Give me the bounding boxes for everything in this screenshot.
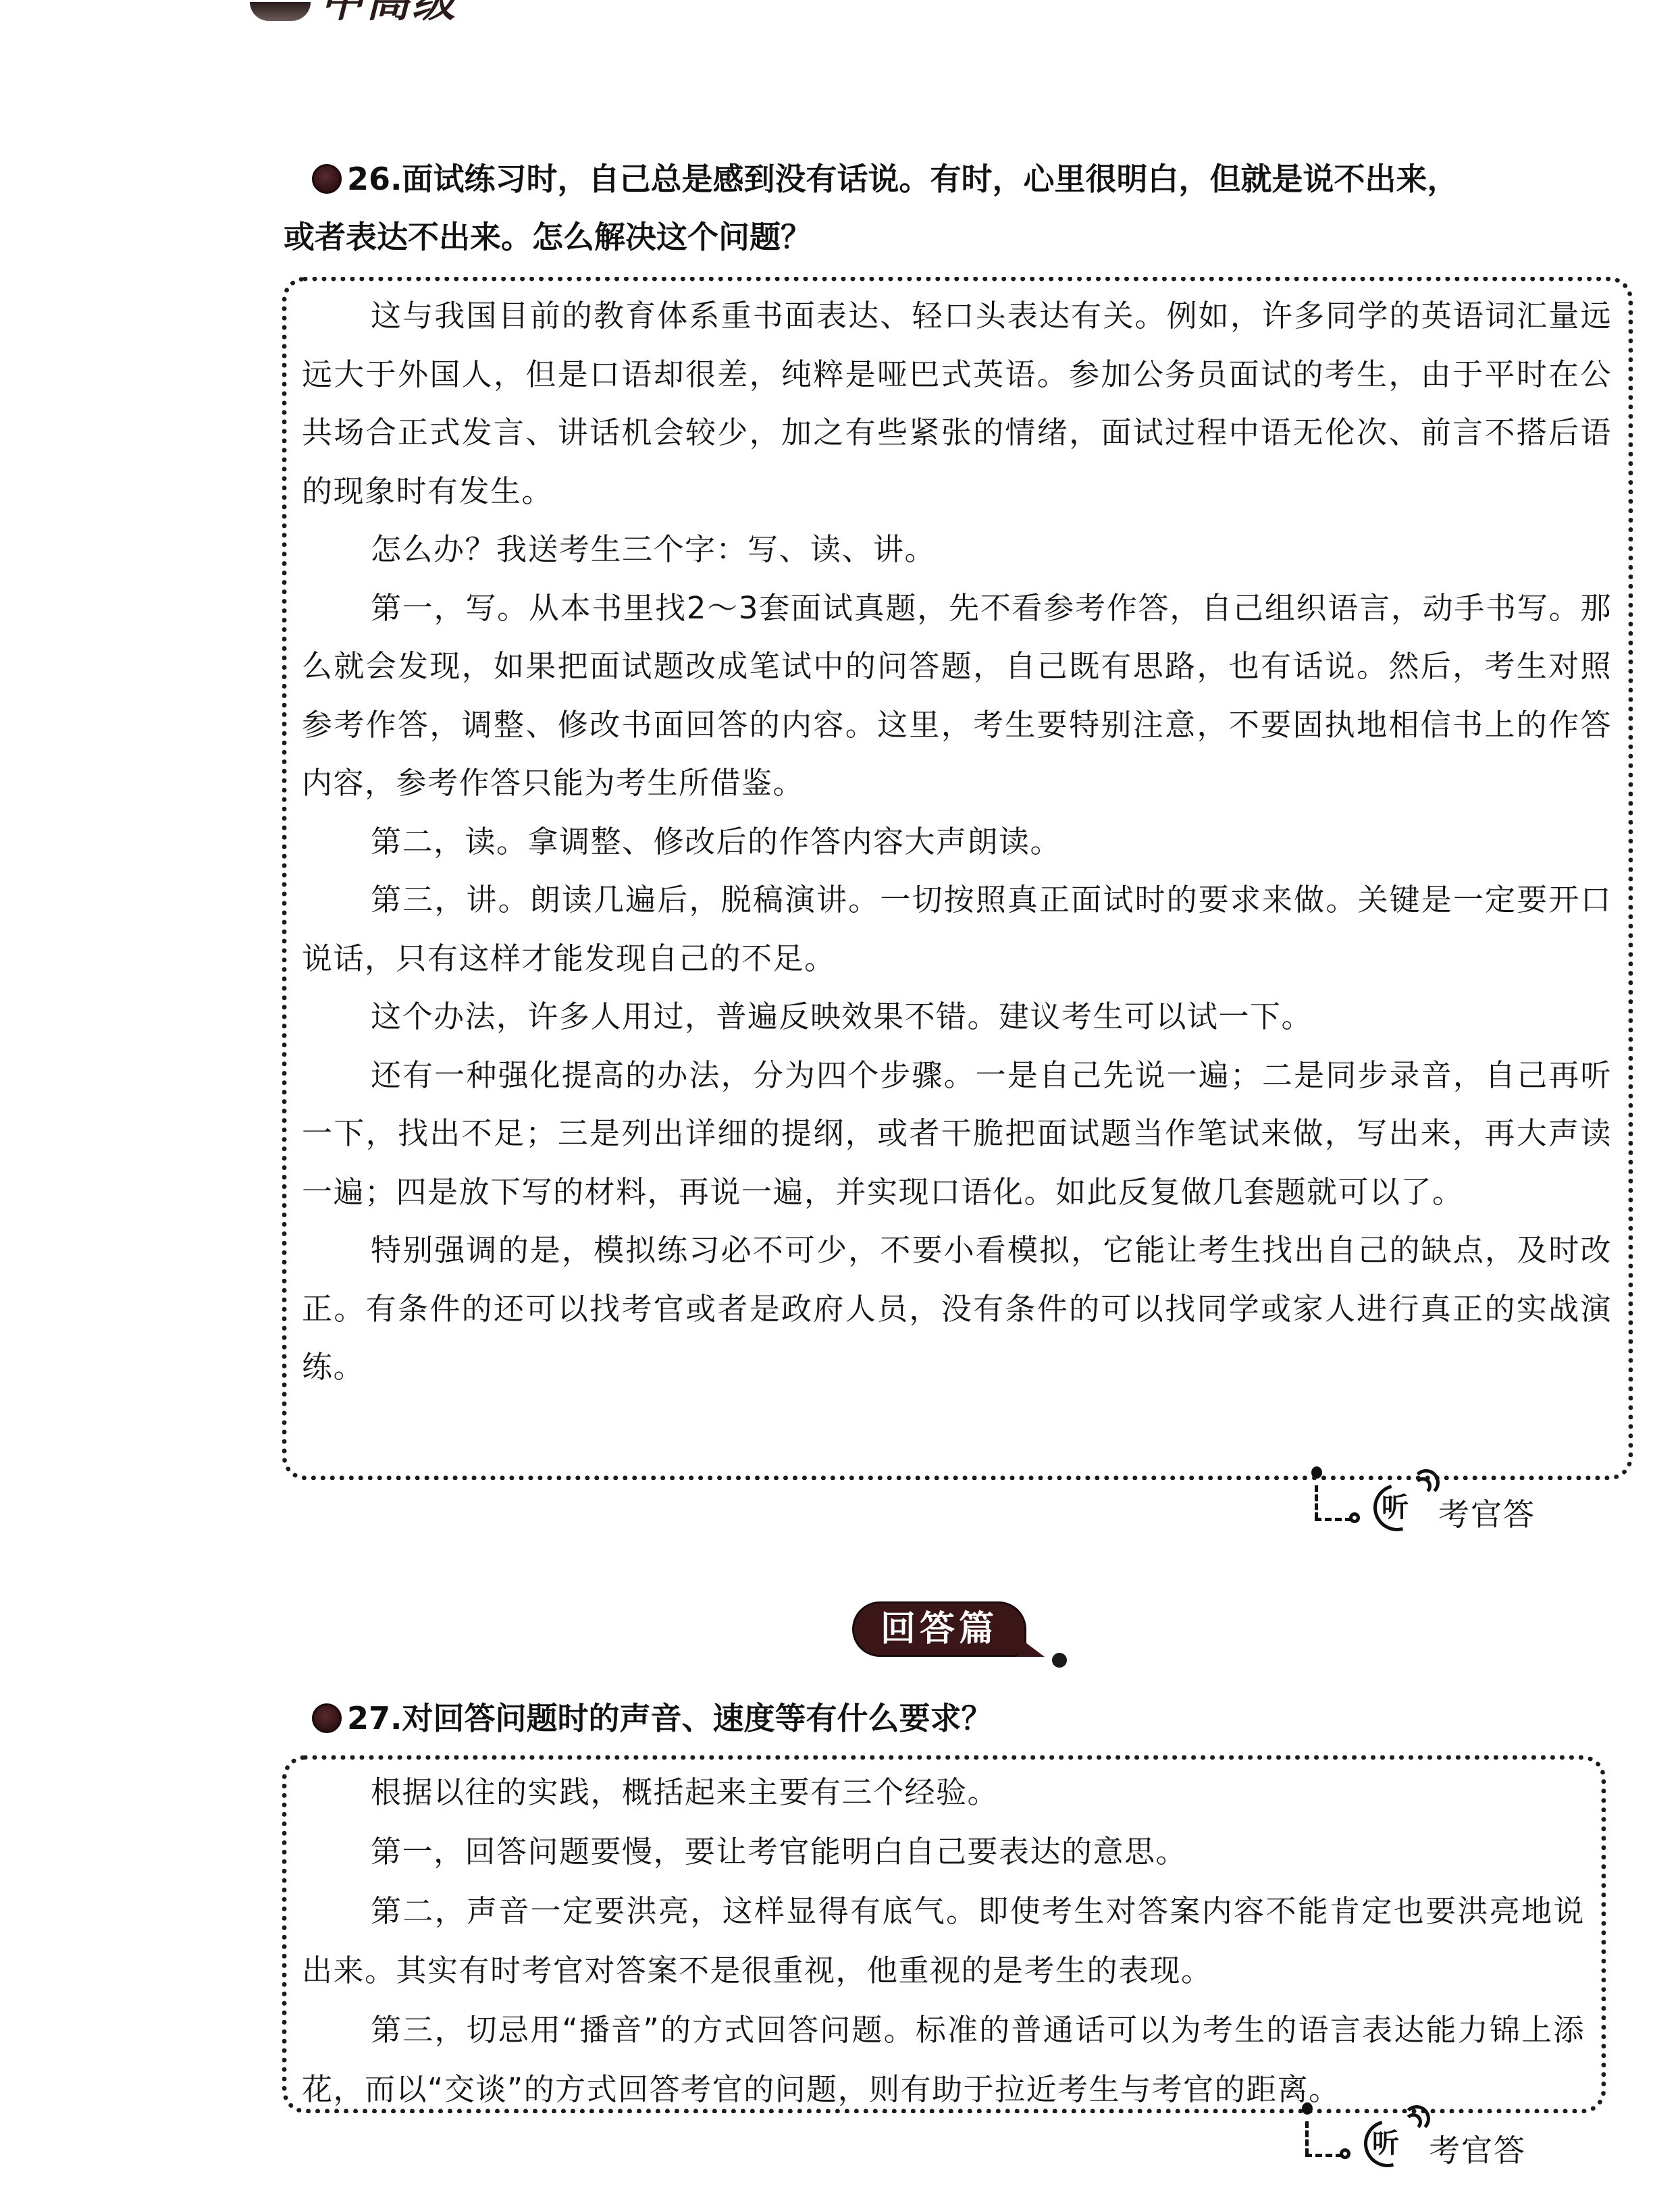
question-title-line2: 或者表达不出来。怎么解决这个问题？ bbox=[284, 208, 1629, 266]
answer-paragraph: 根据以往的实践，概括起来主要有三个经验。 bbox=[302, 1763, 1585, 1822]
answer-paragraph: 第三，切忌用“播音”的方式回答问题。标准的普通话可以为考生的语言表达能力锦上添花… bbox=[302, 2000, 1585, 2119]
section-tag-label: 回答篇 bbox=[881, 1612, 998, 1647]
answer-paragraph: 第一，回答问题要慢，要让考官能明白自己要表达的意思。 bbox=[302, 1822, 1585, 1882]
question-number: 26. bbox=[347, 161, 402, 197]
bullet-dot-icon bbox=[312, 1703, 342, 1733]
listen-examiner-answer-26[interactable]: 听 考官答 bbox=[1311, 1470, 1535, 1531]
book-emblem-icon bbox=[250, 2, 311, 21]
connector-line bbox=[1311, 1470, 1365, 1531]
section-tag-answers: 回答篇 bbox=[852, 1601, 1026, 1657]
answer-paragraph: 还有一种强化提高的办法，分为四个步骤。一是自己先说一遍；二是同步录音，自己再听一… bbox=[302, 1046, 1612, 1222]
answer-box-26: 这与我国目前的教育体系重书面表达、轻口头表达有关。例如，许多同学的英语词汇量远远… bbox=[282, 277, 1633, 1480]
answer-paragraph: 怎么办？我送考生三个字：写、读、讲。 bbox=[302, 521, 1612, 579]
question-title-line1: 面试练习时，自己总是感到没有话说。有时，心里很明白，但就是说不出来， bbox=[402, 161, 1459, 197]
answer-paragraph: 第二，读。拿调整、修改后的作答内容大声朗读。 bbox=[302, 813, 1612, 872]
answer-paragraph: 第一，写。从本书里找2～3套面试真题，先不看参考作答，自己组织语言，动手书写。那… bbox=[302, 579, 1612, 813]
listen-label: 考官答 bbox=[1429, 2126, 1526, 2171]
answer-paragraph: 这与我国目前的教育体系重书面表达、轻口头表达有关。例如，许多同学的英语词汇量远远… bbox=[302, 287, 1612, 521]
listen-audio-icon: 听 bbox=[1364, 2120, 1418, 2174]
answer-paragraph: 第三，讲。朗读几遍后，脱稿演讲。一切按照真正面试时的要求来做。关键是一定要开口说… bbox=[302, 871, 1612, 988]
answer-paragraph: 第二，声音一定要洪亮，这样显得有底气。即使考生对答案内容不能肯定也要洪亮地说出来… bbox=[302, 1882, 1585, 2000]
book-logo: 中高级 bbox=[250, 0, 458, 27]
answer-paragraph: 特别强调的是，模拟练习必不可少，不要小看模拟，它能让考生找出自己的缺点，及时改正… bbox=[302, 1221, 1612, 1397]
logo-text: 中高级 bbox=[320, 0, 458, 24]
answer-box-27: 根据以往的实践，概括起来主要有三个经验。 第一，回答问题要慢，要让考官能明白自己… bbox=[282, 1755, 1606, 2113]
answer-paragraph: 这个办法，许多人用过，普遍反映效果不错。建议考生可以试一下。 bbox=[302, 988, 1612, 1046]
question-title: 对回答问题时的声音、速度等有什么要求？ bbox=[402, 1700, 993, 1736]
question-27-heading: 27.对回答问题时的声音、速度等有什么要求？ bbox=[312, 1689, 1629, 1747]
question-26-heading: 26.面试练习时，自己总是感到没有话说。有时，心里很明白，但就是说不出来， 或者… bbox=[312, 150, 1629, 266]
section-dot-icon bbox=[1052, 1653, 1067, 1668]
listen-audio-icon: 听 bbox=[1373, 1484, 1427, 1538]
connector-line bbox=[1302, 2106, 1356, 2167]
question-number: 27. bbox=[347, 1700, 402, 1736]
listen-examiner-answer-27[interactable]: 听 考官答 bbox=[1302, 2106, 1526, 2167]
bullet-dot-icon bbox=[312, 164, 342, 194]
listen-label: 考官答 bbox=[1438, 1490, 1535, 1535]
